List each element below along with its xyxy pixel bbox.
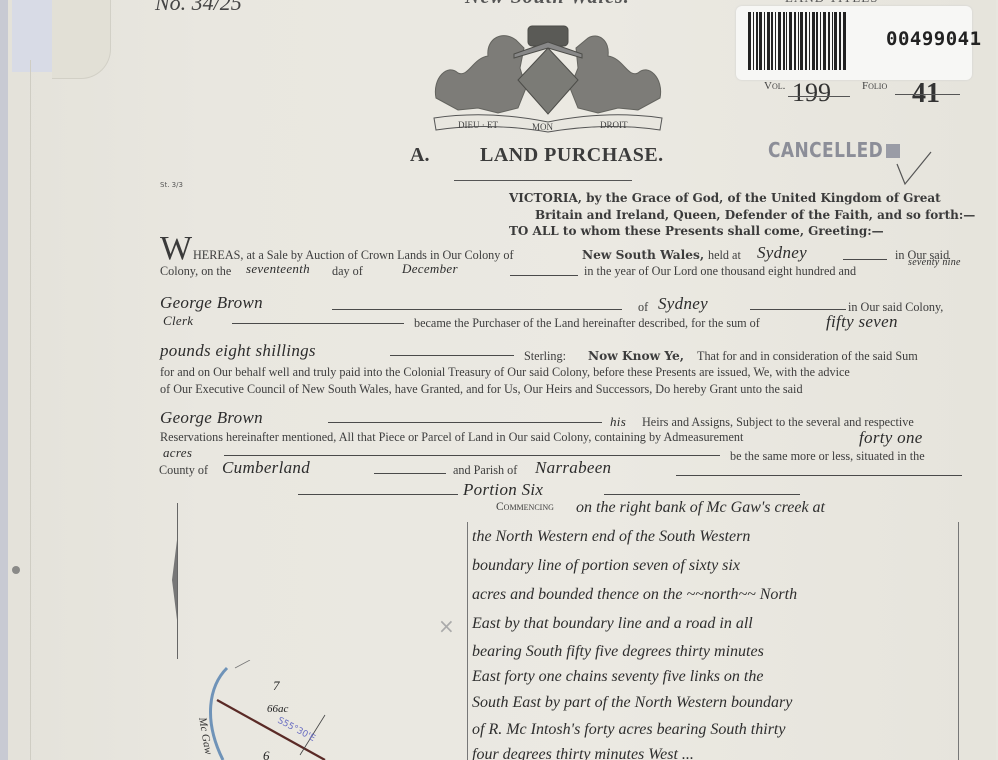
sale-place: Sydney <box>757 243 807 263</box>
bearing-label: S55°30'E <box>276 716 317 744</box>
body-line-9a: Reservations hereinafter mentioned, All … <box>160 430 743 445</box>
svg-text:DROIT: DROIT <box>600 120 628 130</box>
survey-plan: 7 66ac S55°30'E 6 Mc Gaw <box>195 660 345 760</box>
barcode-icon <box>748 12 872 70</box>
fold-line <box>30 60 31 760</box>
body-line-4a: became the Purchaser of the Land hereina… <box>414 316 760 331</box>
document-title: LAND PURCHASE. <box>480 144 664 167</box>
purchase-sum-continued: pounds eight shillings <box>160 341 316 361</box>
description-line: East forty one chains seventy five links… <box>472 668 763 686</box>
description-line: boundary line of portion seven of sixty … <box>472 557 740 575</box>
body-line-3a: of <box>638 300 648 315</box>
land-area-unit: acres <box>163 445 192 461</box>
portion-number: Portion Six <box>463 480 543 500</box>
body-line-1c: held at <box>708 248 741 263</box>
whereas-initial: W <box>160 232 192 266</box>
cancelled-stamp: CANCELLED <box>768 138 883 162</box>
pencil-x-mark: × <box>438 614 455 638</box>
form-code: St. 3/3 <box>160 181 183 189</box>
body-line-6: for and on Our behalf well and truly pai… <box>160 365 850 380</box>
barcode-label: 00499041 <box>736 6 972 80</box>
description-line: on the right bank of Mc Gaw's creek at <box>576 499 825 517</box>
description-line: the North Western end of the South Weste… <box>472 528 750 546</box>
county-name: Cumberland <box>222 458 310 478</box>
svg-text:DIEU · ET: DIEU · ET <box>458 120 498 130</box>
torn-corner <box>52 0 111 79</box>
form-letter: A. <box>410 144 429 167</box>
punch-hole <box>12 566 20 574</box>
grantee-pronoun: his <box>610 414 626 430</box>
check-mark-icon <box>895 150 935 190</box>
commencing-label: Commencing <box>496 501 554 513</box>
description-line: acres and bounded thence on the ~~north~… <box>472 586 797 604</box>
body-line-7: of Our Executive Council of New South Wa… <box>160 382 803 397</box>
body-line-2a: Colony, on the <box>160 264 231 279</box>
body-line-2b: day of <box>332 264 363 279</box>
description-line: East by that boundary line and a road in… <box>472 615 753 633</box>
land-area: forty one <box>859 428 923 448</box>
purchaser-occupation: Clerk <box>163 313 193 329</box>
preamble-line-2: Britain and Ireland, Queen, Defender of … <box>535 208 975 222</box>
body-line-1a: HEREAS, at a Sale by Auction of Crown La… <box>193 248 514 263</box>
scale-arrow-icon <box>172 540 177 620</box>
body-line-11a: County of <box>159 463 208 478</box>
preamble-line-1: VICTORIA, by the Grace of God, of the Un… <box>509 191 941 205</box>
body-line-2c: in the year of Our Lord one thousand eig… <box>584 264 856 279</box>
portion-7-label: 7 <box>273 678 280 693</box>
body-line-10a: be the same more or less, situated in th… <box>730 449 925 464</box>
body-line-5c: That for and in consideration of the sai… <box>697 349 918 364</box>
vol-label: Vol. <box>764 80 785 92</box>
preamble-line-3: TO ALL to whom these Presents shall come… <box>509 224 884 238</box>
now-know-ye: Now Know Ye, <box>588 349 684 363</box>
vol-value: 199 <box>792 78 831 108</box>
grant-number: No. 34/25 <box>155 0 242 16</box>
sale-year: seventy nine <box>908 258 972 268</box>
colony-header: New South Wales. <box>465 0 630 9</box>
body-line-11b: and Parish of <box>453 463 517 478</box>
description-line: bearing South fifty five degrees thirty … <box>472 643 764 661</box>
purchaser-name: George Brown <box>160 293 263 313</box>
purchase-sum: fifty seven <box>826 312 898 332</box>
folio-label: Folio <box>862 80 887 92</box>
portion-7-area: 66ac <box>267 703 289 715</box>
description-line: four degrees thirty minutes West ... <box>472 746 694 760</box>
scale-bar <box>177 503 178 659</box>
svg-text:MON: MON <box>532 122 554 132</box>
grantee-name: George Brown <box>160 408 263 428</box>
purchaser-place: Sydney <box>658 294 708 314</box>
barcode-number: 00499041 <box>886 28 982 50</box>
title-rule <box>454 180 632 181</box>
parish-name: Narrabeen <box>535 458 611 478</box>
body-line-5a: Sterling: <box>524 349 566 364</box>
colony-name: New South Wales, <box>582 248 704 262</box>
sale-month: December <box>402 261 458 277</box>
royal-crest-icon: DIEU · ET MON DROIT <box>428 18 668 134</box>
vol-rule <box>788 96 850 97</box>
folio-rule <box>895 94 960 95</box>
description-line: South East by part of the North Western … <box>472 694 792 712</box>
sale-day: seventeenth <box>246 261 310 277</box>
description-line: of R. Mc Intosh's forty acres bearing So… <box>472 721 785 739</box>
portion-6-label: 6 <box>263 748 270 760</box>
